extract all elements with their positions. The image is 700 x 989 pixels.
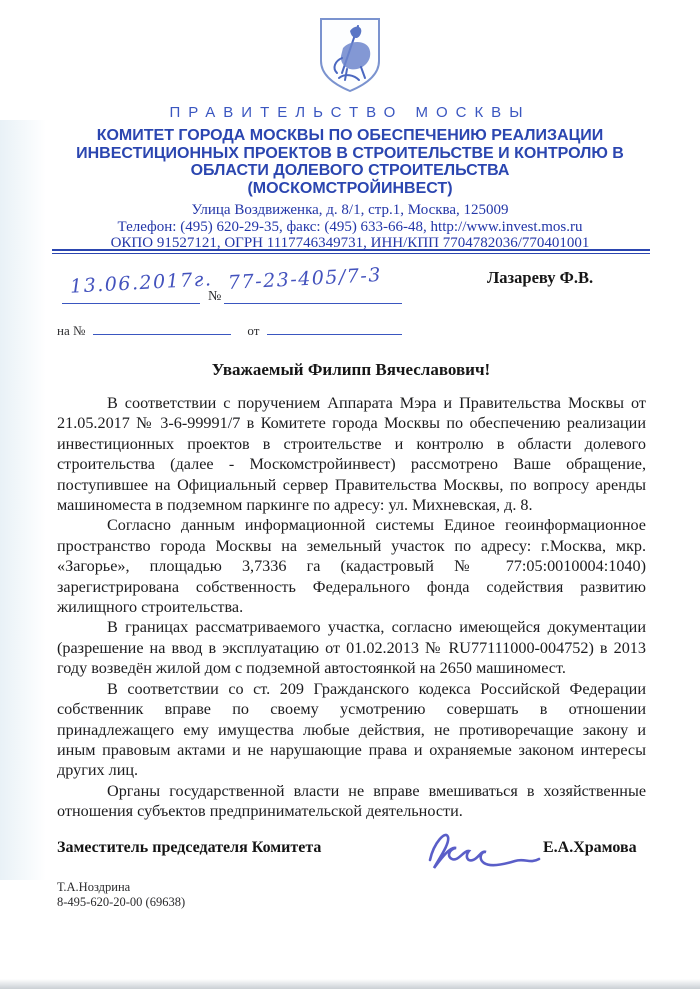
letter-body: В соответствии с поручением Аппарата Мэр…: [57, 393, 646, 822]
handwritten-number: 77-23-405/7-3: [228, 264, 383, 294]
street-address: Улица Воздвиженка, д. 8/1, стр.1, Москва…: [0, 202, 700, 219]
reply-prefix-label: на №: [57, 323, 85, 338]
reply-from-label: от: [247, 323, 259, 338]
paragraph-3: В границах рассматриваемого участка, сог…: [57, 617, 646, 678]
number-underline: [224, 303, 402, 304]
paragraph-2: Согласно данным информационной системы Е…: [57, 515, 646, 617]
date-underline: [62, 303, 200, 304]
handwritten-signature-icon: [418, 818, 548, 885]
handwritten-date: 13.06.2017г.: [70, 268, 213, 297]
government-title: ПРАВИТЕЛЬСТВО МОСКВЫ: [0, 104, 700, 121]
reply-date-blank: [267, 322, 402, 335]
signer-name: Е.А.Храмова: [543, 839, 637, 857]
reply-reference-row: на №от: [57, 322, 402, 339]
moscow-coat-of-arms-icon: [317, 15, 383, 100]
paragraph-1: В соответствии с поручением Аппарата Мэр…: [57, 393, 646, 515]
committee-name: КОМИТЕТ ГОРОДА МОСКВЫ ПО ОБЕСПЕЧЕНИЮ РЕА…: [0, 127, 700, 197]
signer-position: Заместитель председателя Комитета: [57, 839, 321, 857]
executor-block: Т.А.Ноздрина 8-495-620-20-00 (69638): [57, 880, 185, 910]
addressee-name: Лазареву Ф.В.: [487, 268, 593, 288]
letterhead: ПРАВИТЕЛЬСТВО МОСКВЫ КОМИТЕТ ГОРОДА МОСК…: [0, 15, 700, 252]
letterhead-divider: [52, 249, 650, 254]
executor-phone: 8-495-620-20-00 (69638): [57, 895, 185, 910]
scan-bottom-shadow: [0, 979, 700, 989]
committee-line-3: ОБЛАСТИ ДОЛЕВОГО СТРОИТЕЛЬСТВА: [0, 162, 700, 180]
paragraph-5: Органы государственной власти не вправе …: [57, 781, 646, 822]
committee-line-2: ИНВЕСТИЦИОННЫХ ПРОЕКТОВ В СТРОИТЕЛЬСТВЕ …: [0, 145, 700, 163]
executor-name: Т.А.Ноздрина: [57, 880, 185, 895]
contact-block: Улица Воздвиженка, д. 8/1, стр.1, Москва…: [0, 202, 700, 252]
number-sign: №: [208, 289, 221, 305]
paragraph-4: В соответствии со ст. 209 Гражданского к…: [57, 679, 646, 781]
salutation: Уважаемый Филипп Вячеславович!: [57, 360, 645, 380]
phone-line: Телефон: (495) 620-29-35, факс: (495) 63…: [0, 219, 700, 236]
reply-number-blank: [93, 322, 231, 335]
scanned-letter-page: ПРАВИТЕЛЬСТВО МОСКВЫ КОМИТЕТ ГОРОДА МОСК…: [0, 0, 700, 989]
committee-line-4: (МОСКОМСТРОЙИНВЕСТ): [0, 180, 700, 198]
committee-line-1: КОМИТЕТ ГОРОДА МОСКВЫ ПО ОБЕСПЕЧЕНИЮ РЕА…: [0, 127, 700, 145]
